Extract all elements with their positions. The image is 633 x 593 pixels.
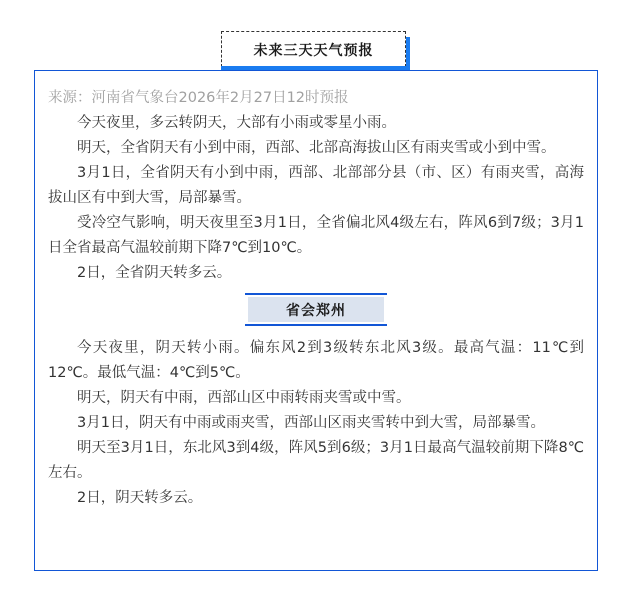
province-paragraph: 2日，全省阴天转多云。 [48, 261, 584, 286]
title-accent-bar-bottom [221, 66, 410, 70]
forecast-content: 来源：河南省气象台2026年2月27日12时预报 今天夜里，多云转阴天，大部有小… [48, 86, 584, 511]
section-title-box: 未来三天天气预报 [221, 31, 406, 67]
province-paragraph: 受冷空气影响，明天夜里至3月1日，全省偏北风4级左右，阵风6到7级；3月1日全省… [48, 211, 584, 261]
zhengzhou-paragraph: 2日，阴天转多云。 [48, 486, 584, 511]
province-paragraph: 明天，全省阴天有小到中雨，西部、北部高海拔山区有雨夹雪或小到中雪。 [48, 136, 584, 161]
zhengzhou-paragraph: 3月1日，阴天有中雨或雨夹雪，西部山区雨夹雪转中到大雪，局部暴雪。 [48, 411, 584, 436]
zhengzhou-paragraph: 明天，阴天有中雨，西部山区中雨转雨夹雪或中雪。 [48, 386, 584, 411]
source-line: 来源：河南省气象台2026年2月27日12时预报 [48, 86, 584, 111]
zhengzhou-paragraph: 今天夜里，阴天转小雨。偏东风2到3级转东北风3级。最高气温：11℃到12℃。最低… [48, 336, 584, 386]
zhengzhou-heading-block: 省会郑州 [48, 286, 584, 336]
province-paragraph: 3月1日，全省阴天有小到中雨，西部、北部部分县（市、区）有雨夹雪，高海拔山区有中… [48, 161, 584, 211]
zhengzhou-heading: 省会郑州 [286, 300, 346, 320]
section-title: 未来三天天气预报 [254, 40, 374, 60]
province-paragraph: 今天夜里，多云转阴天，大部有小雨或零星小雨。 [48, 111, 584, 136]
title-accent-bar-right [406, 37, 410, 70]
zhengzhou-paragraph: 明天至3月1日，东北风3到4级，阵风5到6级；3月1日最高气温较前期下降8℃左右… [48, 436, 584, 486]
heading-fill: 省会郑州 [248, 297, 384, 322]
heading-rule-bottom [245, 324, 387, 326]
heading-rule-top [245, 293, 387, 295]
